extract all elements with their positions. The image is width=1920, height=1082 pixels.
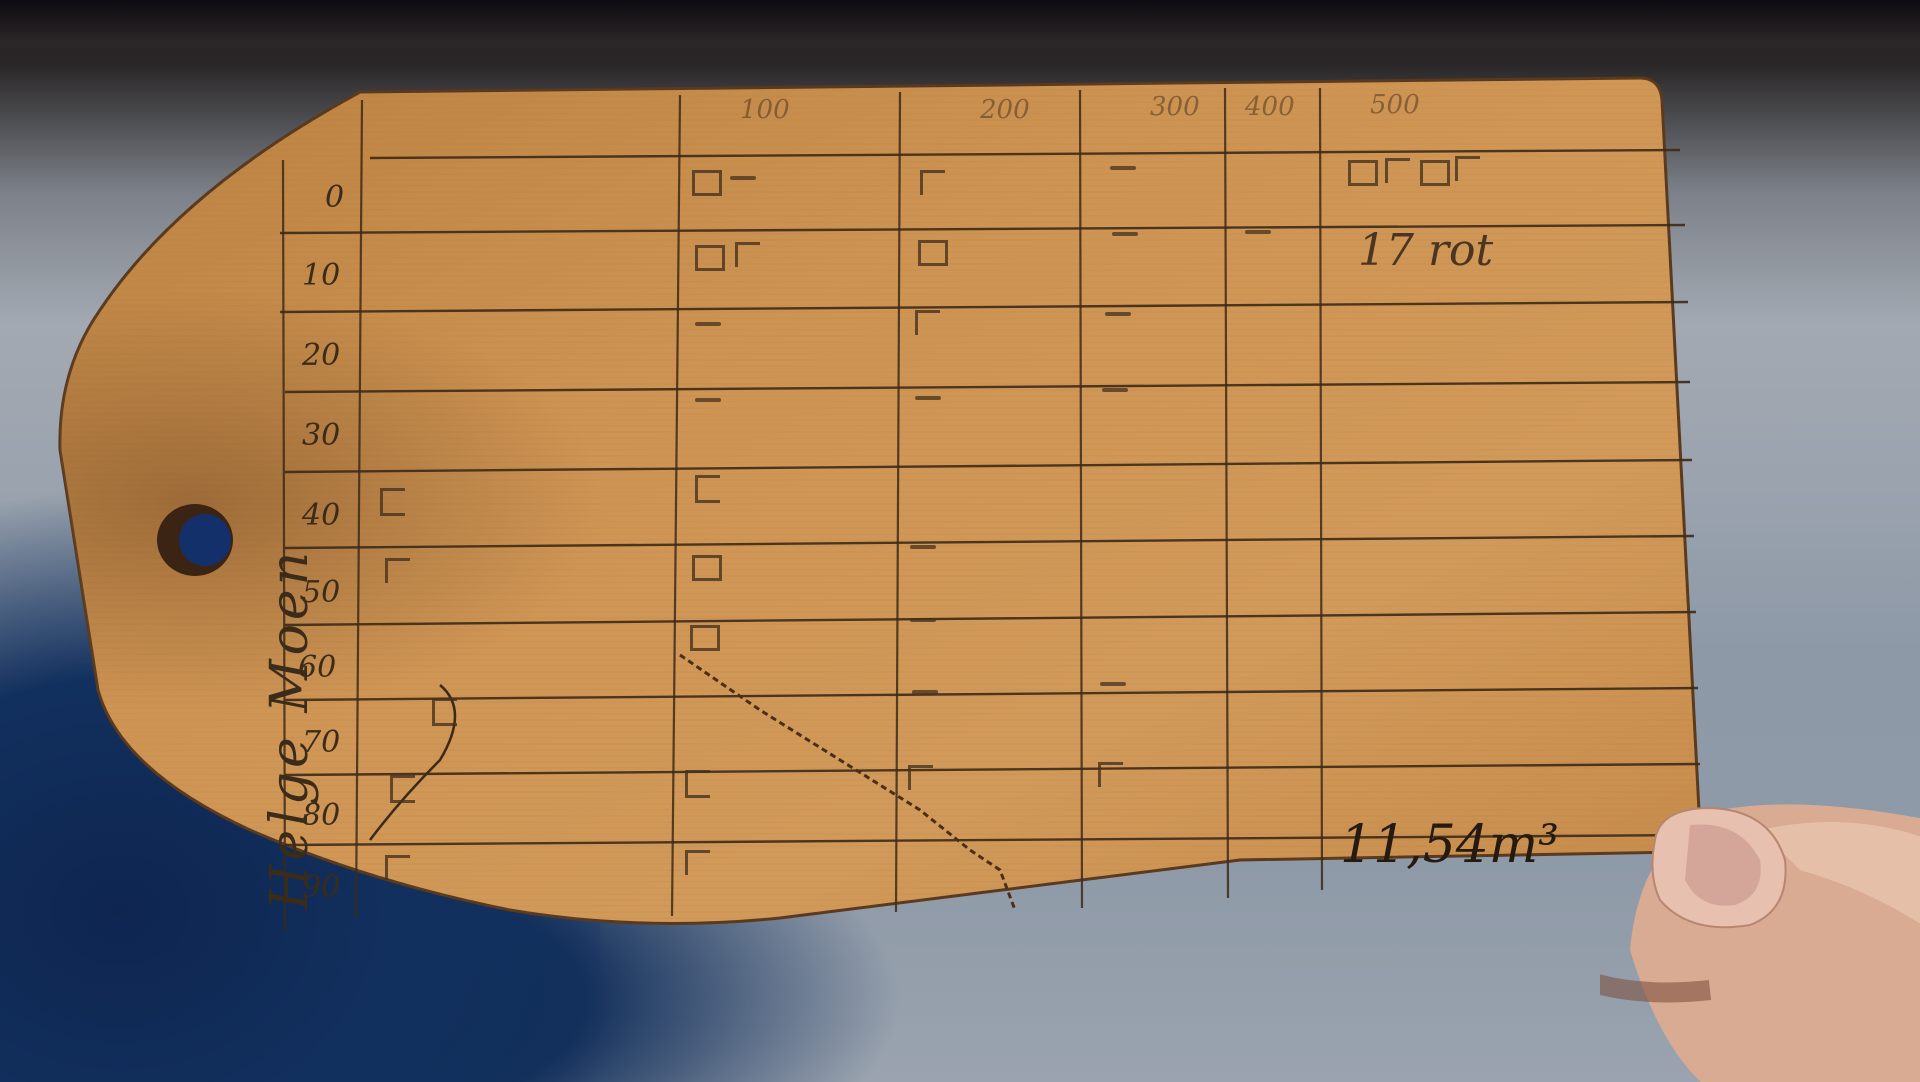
tally-mark-dash (1102, 388, 1128, 392)
tally-mark-gamma (685, 850, 710, 875)
column-header: 100 (740, 95, 790, 125)
hand-holding-board (1600, 800, 1920, 1082)
row-label: 0 (325, 180, 344, 215)
tally-mark-e (380, 488, 405, 516)
tally-mark-dash (1100, 682, 1126, 686)
tally-mark-box (1348, 160, 1378, 186)
tally-mark-dash (1105, 312, 1131, 316)
tally-mark-dash (1245, 230, 1271, 234)
tally-mark-dash (912, 690, 938, 694)
owner-name: Helge Moen (190, 310, 270, 930)
note-total-volume: 11,54m³ (1340, 815, 1559, 875)
tally-mark-box (690, 625, 720, 651)
tally-mark-e (390, 775, 415, 803)
column-header: 200 (980, 95, 1030, 125)
tally-mark-gamma (908, 765, 933, 790)
tally-mark-plus (1385, 158, 1410, 183)
tally-mark-gamma (735, 242, 760, 267)
tally-mark-gamma (385, 558, 410, 583)
row-label: 10 (302, 258, 340, 293)
tally-mark-e (432, 698, 457, 726)
tally-mark-box (918, 240, 948, 266)
tally-mark-dash (695, 322, 721, 326)
tally-mark-gamma (385, 855, 410, 880)
tally-mark-e (685, 770, 710, 798)
tally-mark-dash (1110, 166, 1136, 170)
tally-mark-e (695, 475, 720, 503)
tally-mark-gamma (915, 310, 940, 335)
blurred-background-top (0, 0, 1920, 70)
column-header: 500 (1370, 90, 1420, 120)
tally-mark-gamma (1098, 762, 1123, 787)
tally-mark-dash (915, 396, 941, 400)
column-header: 300 (1150, 92, 1200, 122)
tally-mark-box (1420, 160, 1450, 186)
tally-mark-dash (730, 176, 756, 180)
tally-mark-dash (910, 545, 936, 549)
tally-mark-box (692, 555, 722, 581)
row-label: 30 (302, 418, 340, 453)
row-label: 20 (302, 338, 340, 373)
tally-mark-dash (910, 618, 936, 622)
note-rot-count: 17 rot (1358, 225, 1493, 276)
tally-mark-box (695, 245, 725, 271)
tally-mark-gamma (920, 170, 945, 195)
tally-mark-dash (695, 398, 721, 402)
wooden-tally-board: 100 200 300 400 500 0 10 20 30 40 50 60 … (40, 70, 1705, 985)
column-header: 400 (1245, 92, 1295, 122)
tally-mark-dash (1112, 232, 1138, 236)
row-label: 40 (302, 498, 340, 533)
tally-mark-gamma (1455, 156, 1480, 181)
tally-mark-box (692, 170, 722, 196)
